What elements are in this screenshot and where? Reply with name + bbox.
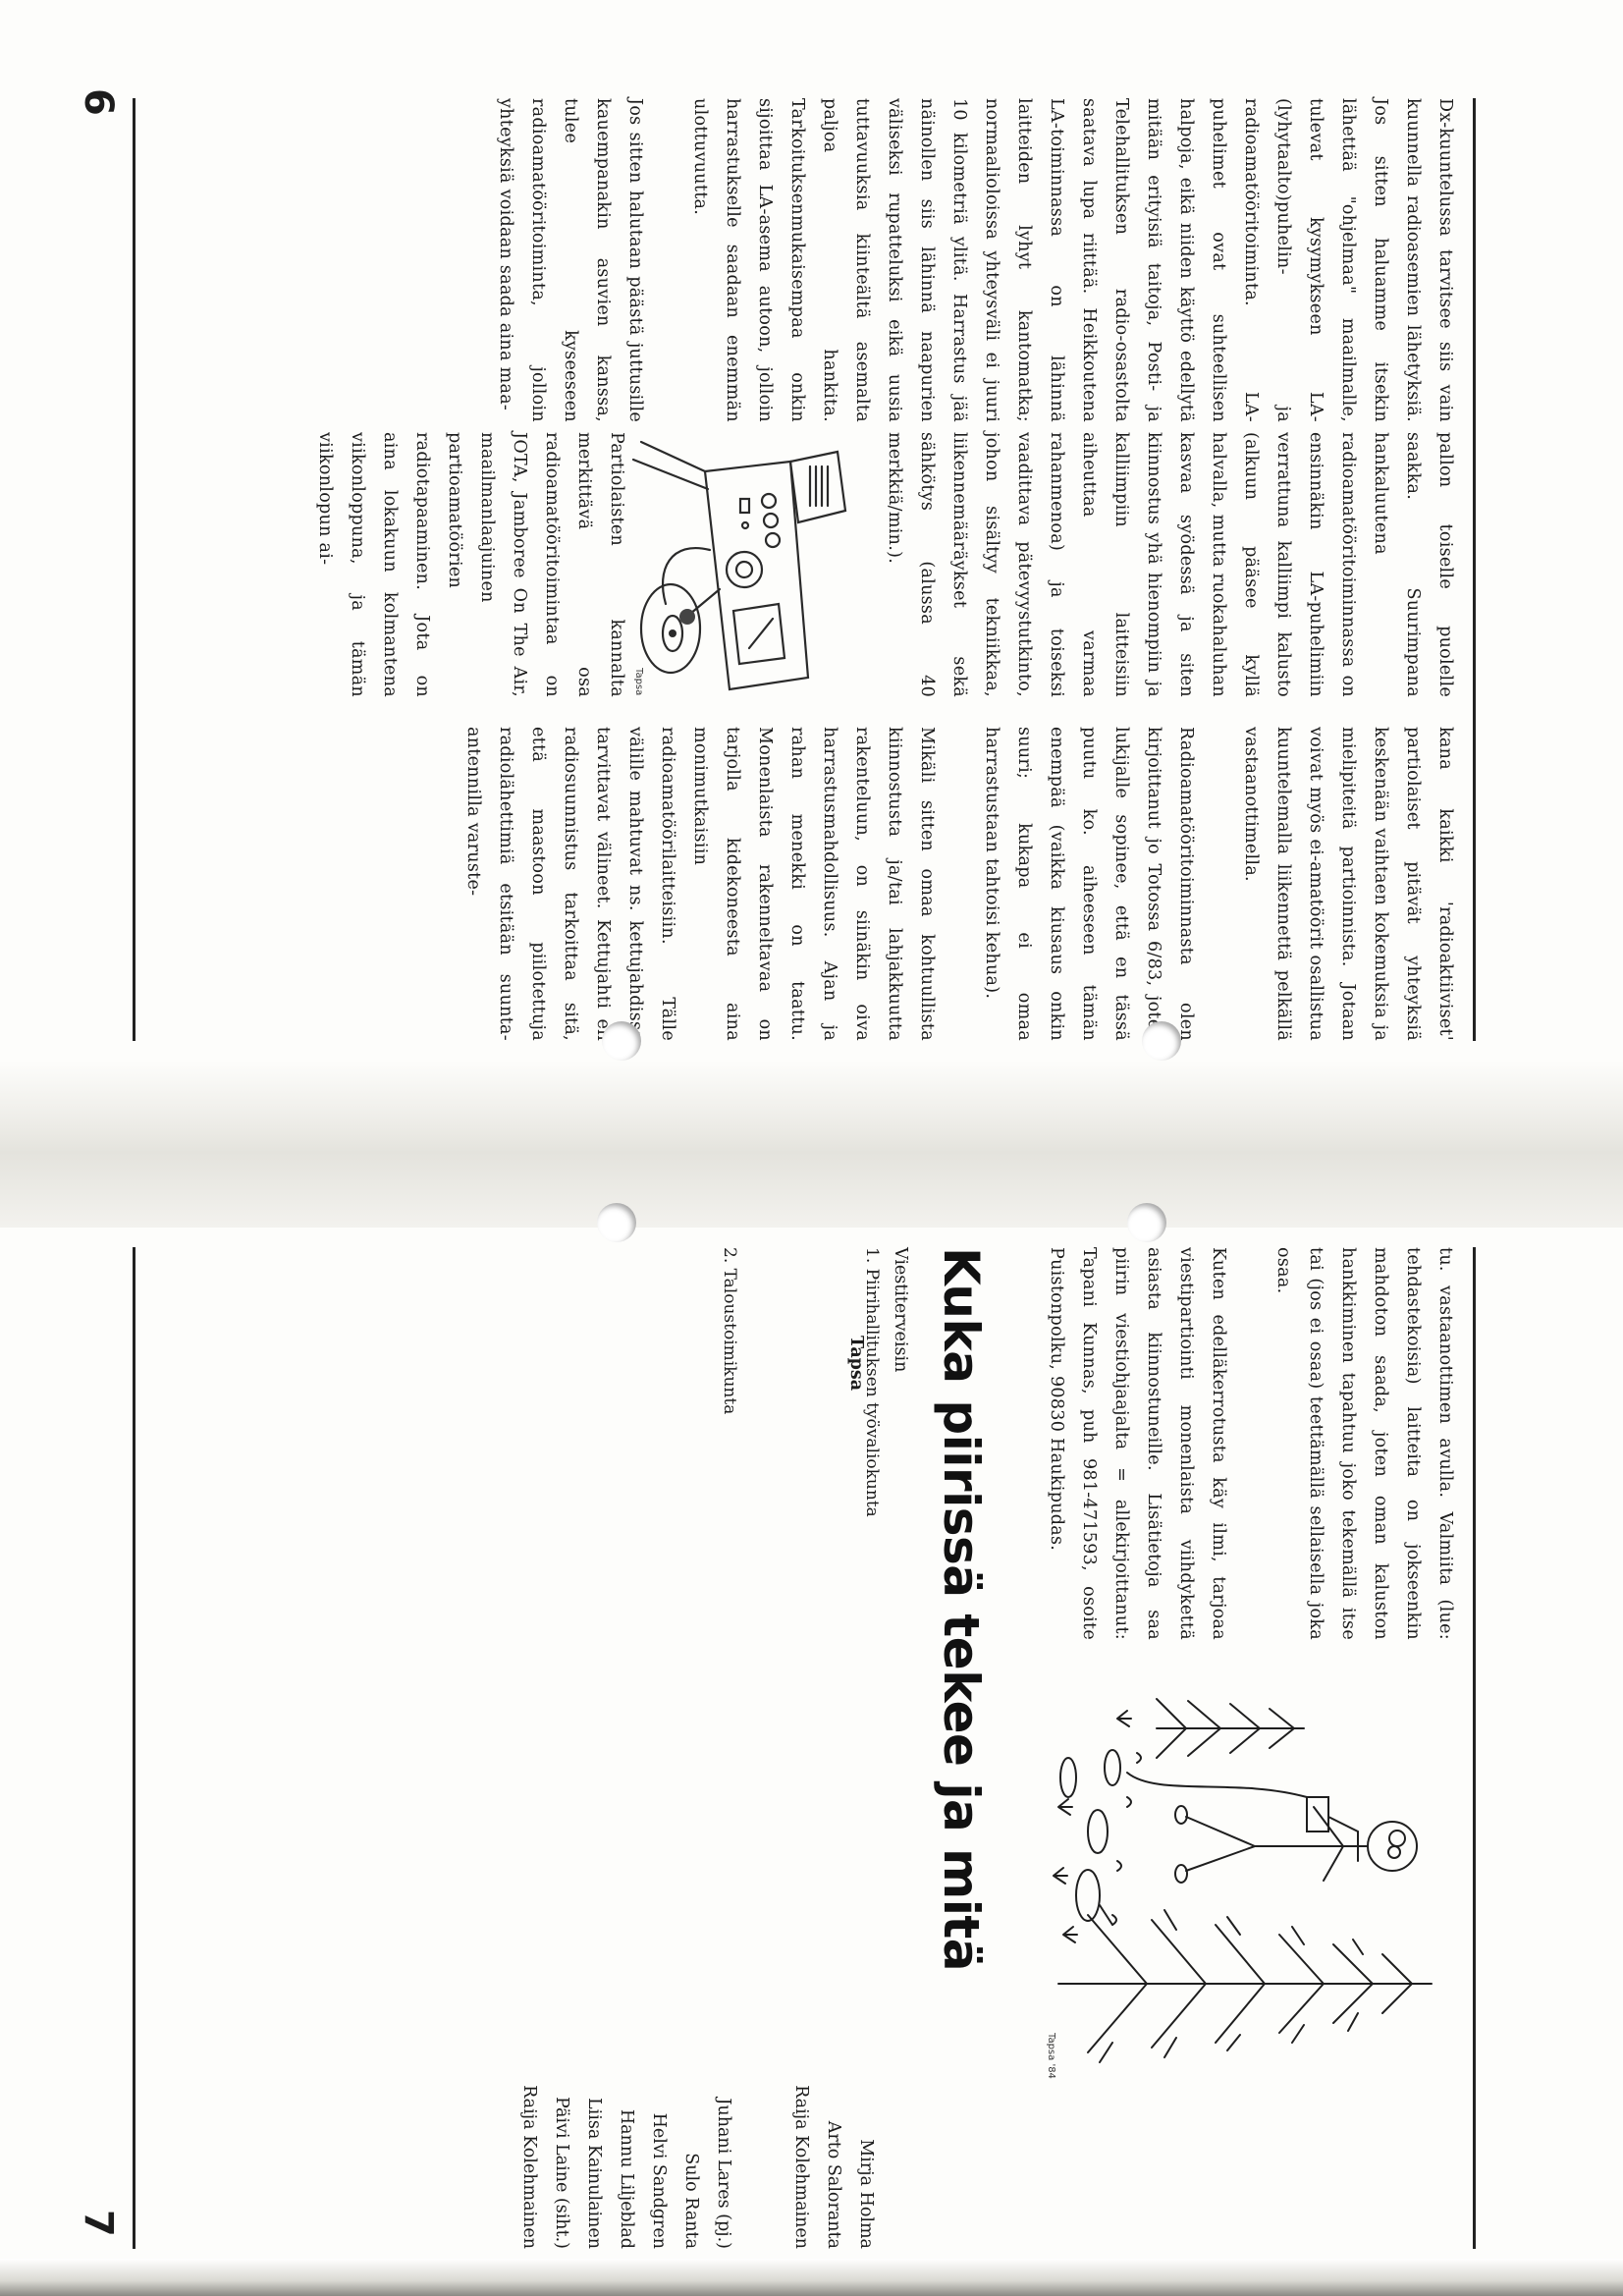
paragraph: Jos sitten halutaan päästä juttusille ka…: [489, 98, 651, 422]
member-name: Hannu Liljeblad: [610, 1915, 642, 2249]
top-rule: [1473, 98, 1476, 1041]
member-name: Raija Kolehmainen: [513, 1915, 545, 2249]
paragraph: kana kaikki 'radioaktiiviset' partiolais…: [1234, 727, 1461, 1041]
group-names: Juhani Lares (pj.) Sulo Ranta Helvi Sand…: [513, 1915, 739, 2249]
scanned-booklet-spread: Dx-kuuntelussa tarvitsee siis vain kuunn…: [0, 0, 1623, 2296]
bottom-rule: [133, 98, 135, 1041]
article-column-2: pallon toiselle puolelle saakka. Suurimp…: [308, 432, 1461, 697]
top-rule: [1473, 1247, 1476, 2249]
member-name: Liisa Kainulainen: [577, 1915, 610, 2249]
group-label: 1. Piirihallituksen työvaliokunta: [862, 1247, 882, 1517]
binding-hole: [1127, 1203, 1166, 1242]
closing-greeting: Viestiterveisin: [884, 1247, 916, 1372]
paragraph: Radioamatööritoiminnasta olen kirjoittan…: [975, 727, 1202, 1041]
bottom-rule: [133, 1247, 135, 2249]
scout-in-forest-with-radio-drawing-icon: Tapsa '84: [1039, 1660, 1451, 2102]
paragraph: Kuten edelläkerrotusta käy ilmi, tarjoaa…: [1040, 1247, 1234, 1640]
member-name: Helvi Sandgren: [642, 1915, 675, 2249]
member-name: Mirja Holma: [849, 1915, 882, 2249]
member-name: Juhani Lares (pj.): [707, 1915, 739, 2249]
illustration-signature: Tapsa '84: [633, 667, 644, 697]
page-number: 6: [76, 88, 121, 116]
group-label: 2. Taloustoimikunta: [720, 1247, 739, 1414]
member-name: Päivi Laine (siht.): [545, 1915, 577, 2249]
paragraph: Mikäli sitten omaa kohtuullista kiinnost…: [457, 727, 943, 1041]
article-column-1: Dx-kuuntelussa tarvitsee siis vain kuunn…: [489, 98, 1461, 422]
page-7: tu. vastaanottimen avulla. Valmiita (lue…: [0, 1169, 1623, 2296]
paragraph: Dx-kuuntelussa tarvitsee siis vain kuunn…: [683, 98, 1461, 422]
member-name: Sulo Ranta: [675, 1915, 707, 2249]
member-name: Raija Kolehmainen: [784, 1915, 817, 2249]
binding-hole: [597, 1203, 636, 1242]
radio-transceiver-drawing-icon: Tapsa '84: [622, 432, 867, 697]
page-6: Dx-kuuntelussa tarvitsee siis vain kuunn…: [0, 0, 1623, 1120]
illustration-signature: Tapsa '84: [1046, 2032, 1056, 2079]
paragraph: Partiolaisten kannalta merkittävä osa ra…: [308, 432, 632, 697]
binding-hole: [1142, 1021, 1181, 1061]
binding-hole: [602, 1021, 641, 1061]
group-names: Mirja Holma Arto Saloranta Raija Kolehma…: [784, 1915, 882, 2249]
paragraph: tu. vastaanottimen avulla. Valmiita (lue…: [1267, 1247, 1461, 1640]
article-column-3: kana kaikki 'radioaktiiviset' partiolais…: [457, 727, 1461, 1041]
article-continuation-column: tu. vastaanottimen avulla. Valmiita (lue…: [1040, 1247, 1461, 1640]
page-number: 7: [76, 2210, 121, 2237]
section-title: Kuka piirissä tekee ja mitä: [933, 1247, 990, 1971]
paragraph: pallon toiselle puolelle saakka. Suurimp…: [878, 432, 1461, 697]
member-name: Arto Saloranta: [817, 1915, 849, 2249]
